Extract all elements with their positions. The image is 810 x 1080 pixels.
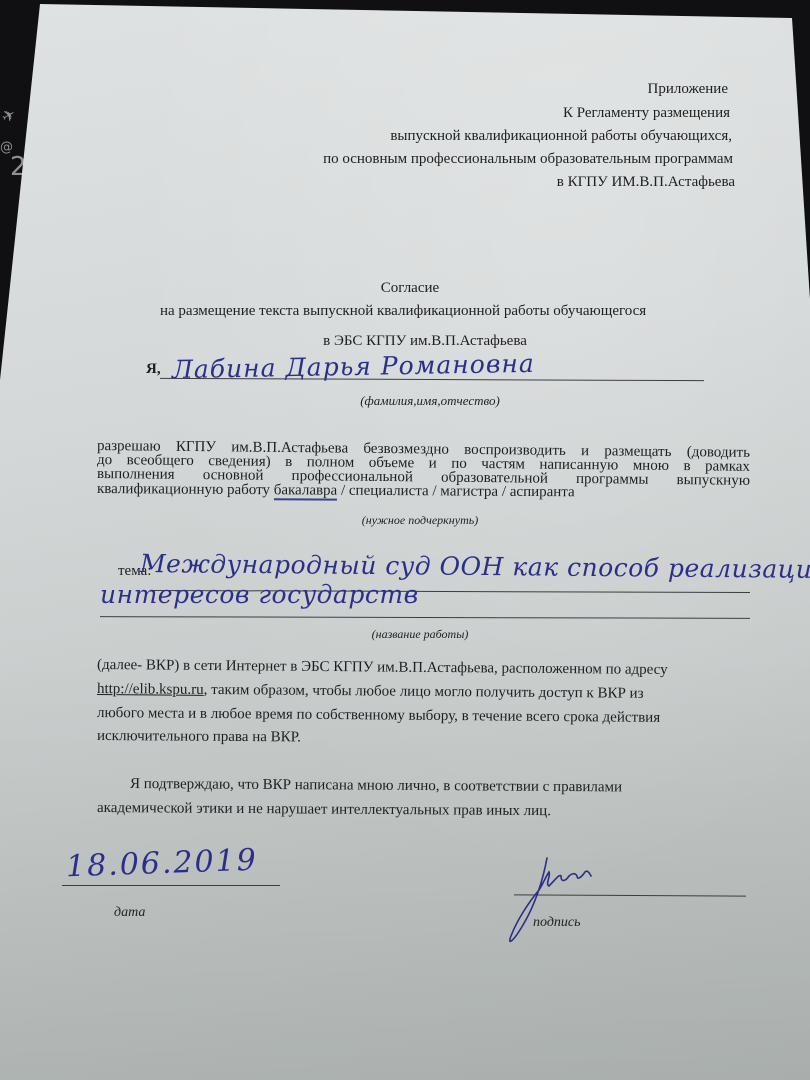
title-line-2: на размещение текста выпускной квалифика…: [160, 303, 646, 320]
header-line-1: Приложение: [647, 81, 728, 98]
theme-handwritten-line-2: интересов государств: [100, 580, 419, 609]
body-line-4: исключительного права на ВКР.: [97, 728, 301, 746]
confirmation-line-2: академической этики и не нарушает интелл…: [97, 800, 551, 820]
date-label: дата: [114, 905, 145, 921]
confirmation-line-1: Я подтверждаю, что ВКР написана мною лич…: [130, 776, 622, 796]
header-line-4: по основным профессиональным образовател…: [323, 151, 733, 168]
degree-caption: (нужное подчеркнуть): [330, 513, 510, 528]
degree-bachelor-selected: бакалавра: [274, 482, 338, 500]
body-line-2-rest: , таким образом, чтобы любое лицо могло …: [204, 682, 644, 702]
signature-label: подпись: [533, 915, 580, 931]
date-handwritten-value: 18.06.2019: [65, 843, 258, 885]
date-underline: [62, 885, 280, 886]
name-caption: (фамилия,имя,отчество): [330, 393, 530, 409]
permission-line-4-prefix: квалификационную работу: [97, 481, 274, 498]
theme-caption: (название работы): [330, 627, 510, 642]
degree-other-options: / специалиста / магистра / аспиранта: [337, 483, 575, 501]
name-prefix: Я,: [146, 361, 161, 378]
document-page: Приложение К Регламенту размещения выпус…: [0, 0, 810, 1080]
header-line-3: выпускной квалификационной работы обучаю…: [390, 128, 732, 145]
header-line-5: в КГПУ ИМ.В.П.Астафьева: [557, 174, 735, 191]
header-line-2: К Регламенту размещения: [563, 105, 730, 122]
elib-link[interactable]: http://elib.kspu.ru: [97, 681, 204, 698]
airplane-icon: ✈: [0, 104, 19, 127]
signature-handwritten: [505, 850, 625, 950]
permission-line-4: квалификационную работу бакалавра / спец…: [97, 481, 575, 501]
title-line-1: Согласие: [340, 280, 480, 297]
theme-handwritten-line-1: Международный суд ООН как способ реализа…: [140, 549, 810, 584]
title-line-3: в ЭБС КГПУ им.В.П.Астафьева: [300, 333, 550, 350]
photo-scene: ✈ @ 2 Приложение К Регламенту размещения…: [0, 0, 810, 1080]
